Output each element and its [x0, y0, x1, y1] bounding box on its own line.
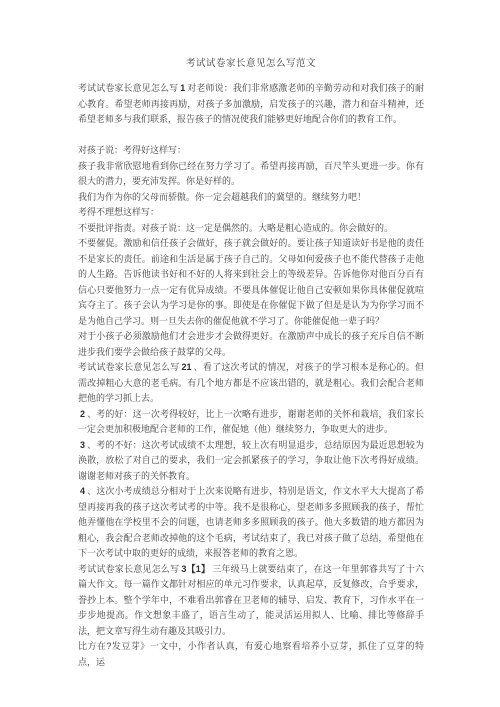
paragraph: 孩子我非常欣慰地看到你已经在努力学习了。希望再接再励，百尺竿头更进一步。你有很大…	[78, 159, 424, 190]
paragraph: 3、考的不好：这次考试成绩不太理想，较上次有明显退步，总结原因为最近思想较为涣散…	[78, 438, 424, 485]
bold-text-segment: 3【1】	[181, 564, 210, 574]
bold-text-segment: 21	[181, 362, 191, 372]
paragraph: 不要催促。激励和信任孩子会做好，孩子就会做好的。要让孩子知道读好书是他的责任不是…	[78, 236, 424, 329]
text-segment: 比方在?发豆芽》一文中，小作者认真，有爱心地察看培养小豆芽，抓住了豆芽的特点，运	[78, 641, 424, 667]
text-segment: 不要批评指责。对孩子说：这一定是偶然的。大略是粗心造成的。你会做好的。	[78, 223, 393, 233]
document-page: 考试试卷家长意见怎么写范文 考试试卷家长意见怎么写1对老师说：我们非常感激老师的…	[0, 0, 500, 707]
text-segment: 孩子我非常欣慰地看到你已经在努力学习了。希望再接再励，百尺竿头更进一步。你有很大…	[78, 161, 424, 187]
text-segment: 对孩子说：考得好这样写：	[78, 145, 186, 155]
text-segment: 考试试卷家长意见怎么写	[78, 564, 179, 574]
text-segment: 、考的不好：这次考试成绩不太理想，较上次有明显退步，总结原因为最近思想较为涣散，…	[78, 440, 424, 481]
paragraph: 4、这次小考成绩总分相对于上次来说略有进步，特别是语文，作文水平大大提高了希望再…	[78, 484, 424, 562]
paragraph: 考试试卷家长意见怎么写21、看了这次考试的情况，对孩子的学习根本是称心的。但需改…	[78, 360, 424, 407]
paragraph: 对于小孩子必须激励他们才会进步才会做得更好。在激励声中成长的孩子充斥自信不断进步…	[78, 329, 424, 360]
paragraph: 不要批评指责。对孩子说：这一定是偶然的。大略是粗心造成的。你会做好的。	[78, 221, 424, 237]
document-body: 考试试卷家长意见怎么写1对老师说：我们非常感激老师的辛勤劳动和对我们孩子的耐心教…	[78, 81, 424, 670]
text-segment: 考试试卷家长意见怎么写	[78, 362, 179, 372]
text-segment: 对于小孩子必须激励他们才会进步才会做得更好。在激励声中成长的孩子充斥自信不断进步…	[78, 331, 424, 357]
text-segment: 考试试卷家长意见怎么写	[78, 83, 178, 93]
bold-text-segment: 2	[80, 409, 85, 419]
bold-text-segment: 1	[180, 83, 185, 93]
paragraph: 2、考的好：这一次考得较好，比上一次略有进步，谢谢老师的关怀和栽培，我们家长一定…	[78, 407, 424, 438]
paragraph: 对孩子说：考得好这样写：	[78, 143, 424, 159]
bold-text-segment: 4	[80, 486, 85, 496]
text-segment: 不要催促。激励和信任孩子会做好，孩子就会做好的。要让孩子知道读好书是他的责任不是…	[78, 238, 424, 326]
text-segment: 、考的好：这一次考得较好，比上一次略有进步，谢谢老师的关怀和栽培，我们家长一定会…	[78, 409, 424, 435]
paragraph: 考得不理想这样写：	[78, 205, 424, 221]
page-title: 考试试卷家长意见怎么写范文	[78, 56, 424, 71]
paragraph: 考试试卷家长意见怎么写3【1】三年级马上就要结束了，在这一年里郭睿共写了十六篇大…	[78, 562, 424, 640]
text-segment: 三年级马上就要结束了，在这一年里郭睿共写了十六篇大作文。每一篇作文都针对相应的单…	[78, 564, 424, 636]
document-content: 考试试卷家长意见怎么写范文 考试试卷家长意见怎么写1对老师说：我们非常感激老师的…	[78, 56, 424, 670]
text-segment: 我们为作为你的父母而骄傲。你一定会超越我们的冀望的。继续努力吧！	[78, 192, 366, 202]
paragraph: 我们为作为你的父母而骄傲。你一定会超越我们的冀望的。继续努力吧！	[78, 190, 424, 206]
text-segment: 考得不理想这样写：	[78, 207, 159, 217]
paragraph: 考试试卷家长意见怎么写1对老师说：我们非常感激老师的辛勤劳动和对我们孩子的耐心教…	[78, 81, 424, 128]
bold-text-segment: 3	[80, 440, 85, 450]
text-segment: 、这次小考成绩总分相对于上次来说略有进步，特别是语文，作文水平大大提高了希望再接…	[78, 486, 424, 558]
paragraph: 比方在?发豆芽》一文中，小作者认真，有爱心地察看培养小豆芽，抓住了豆芽的特点，运	[78, 639, 424, 670]
